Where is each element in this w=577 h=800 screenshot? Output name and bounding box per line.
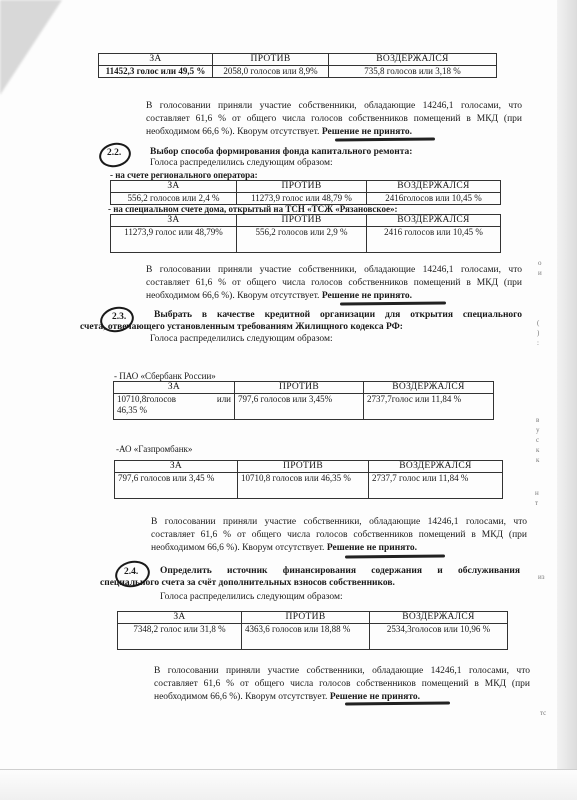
col-abstained: ВОЗДЕРЖАЛСЯ [369, 461, 503, 473]
vote-table-sberbank: ЗА ПРОТИВ ВОЗДЕРЖАЛСЯ 10710,8голосов или… [113, 381, 494, 420]
col-for: ЗА [111, 181, 237, 193]
margin-fragments: н т [535, 488, 539, 508]
value-against: 2058,0 голосов или 8,9% [213, 66, 329, 78]
col-for: ЗА [99, 54, 213, 66]
value-against: 4363,6 голосов или 18,88 % [242, 624, 370, 650]
col-for: ЗА [111, 215, 237, 227]
quorum-paragraph-2: В голосовании приняли участие собственни… [146, 264, 522, 303]
col-abstained: ВОЗДЕРЖАЛСЯ [364, 382, 494, 394]
quorum-paragraph-4: В голосовании приняли участие собственни… [154, 665, 530, 704]
decision-text: Решение не принято. [327, 543, 417, 553]
handwritten-underline [340, 301, 446, 305]
value-for: 7348,2 голос или 31,8 % [118, 624, 242, 650]
quorum-paragraph-1: В голосовании приняли участие собственни… [146, 100, 522, 139]
value-for: 556,2 голосов или 2,4 % [111, 193, 237, 205]
col-for: ЗА [114, 382, 235, 394]
decision-text: Решение не принято. [322, 291, 412, 301]
handwritten-underline [345, 701, 450, 705]
value-against: 556,2 голосов или 2,9 % [237, 227, 367, 253]
col-abstained: ВОЗДЕРЖАЛСЯ [329, 54, 497, 66]
col-abstained: ВОЗДЕРЖАЛСЯ [370, 612, 508, 624]
intro-text: Голоса распределились следующим образом: [150, 158, 333, 168]
scanned-document-page: ЗА ПРОТИВ ВОЗДЕРЖАЛСЯ 11452,3 голос или … [0, 0, 577, 800]
value-abstained: 2737,7 голос или 11,84 % [369, 473, 503, 499]
col-for: ЗА [118, 612, 242, 624]
option-label: - на счете регионального оператора: [110, 170, 258, 180]
item-number: 2.2. [107, 148, 121, 158]
decision-text: Решение не принято. [330, 692, 420, 702]
value-for: 11273,9 голос или 48,79% [111, 227, 237, 253]
decision-text: Решение не принято. [322, 127, 412, 137]
vote-table-special-account: ЗА ПРОТИВ ВОЗДЕРЖАЛСЯ 11273,9 голос или … [110, 214, 501, 253]
margin-fragments: тс [540, 708, 546, 718]
col-abstained: ВОЗДЕРЖАЛСЯ [367, 215, 501, 227]
handwritten-underline [345, 554, 445, 558]
vote-table-regional-operator: ЗА ПРОТИВ ВОЗДЕРЖАЛСЯ 556,2 голосов или … [110, 180, 501, 205]
scan-edge-right [557, 0, 577, 800]
col-abstained: ВОЗДЕРЖАЛСЯ [367, 181, 501, 193]
option-label: - на специальном счете дома, открытый на… [108, 204, 398, 214]
value-for: 797,6 голосов или 3,45 % [115, 473, 238, 499]
handwritten-underline [335, 137, 435, 141]
value-for: 10710,8голосов или 46,35 % [114, 394, 235, 420]
value-for: 11452,3 голос или 49,5 % [99, 66, 213, 78]
vote-table-gazprombank: ЗА ПРОТИВ ВОЗДЕРЖАЛСЯ 797,6 голосов или … [114, 460, 503, 499]
intro-text: Голоса распределились следующим образом: [150, 334, 333, 344]
col-for: ЗА [115, 461, 238, 473]
item-title: Выбор способа формирования фонда капитал… [150, 146, 412, 158]
margin-fragments: о и [538, 258, 542, 278]
value-against: 11273,9 голос или 48,79 % [237, 193, 367, 205]
scan-edge-bottom [0, 769, 577, 800]
option-label: -АО «Газпромбанк» [116, 444, 192, 454]
vote-table-item-2-4: ЗА ПРОТИВ ВОЗДЕРЖАЛСЯ 7348,2 голос или 3… [117, 611, 508, 650]
value-abstained: 2416голосов или 10,45 % [367, 193, 501, 205]
item-title: Определить источник финансирования содер… [100, 565, 520, 589]
item-title: Выбрать в качестве кредитной организации… [80, 309, 522, 333]
value-abstained: 2737,7голос или 11,84 % [364, 394, 494, 420]
value-abstained: 735,8 голосов или 3,18 % [329, 66, 497, 78]
margin-fragments: ( ) : [537, 318, 539, 348]
value-abstained: 2534,3голосов или 10,96 % [370, 624, 508, 650]
col-against: ПРОТИВ [237, 215, 367, 227]
quorum-paragraph-3: В голосовании приняли участие собственни… [151, 516, 527, 555]
margin-fragments: в у с к к [536, 415, 540, 465]
col-against: ПРОТИВ [238, 461, 369, 473]
folded-corner [0, 0, 62, 95]
value-against: 10710,8 голосов или 46,35 % [238, 473, 369, 499]
value-against: 797,6 голосов или 3,45% [235, 394, 364, 420]
col-against: ПРОТИВ [237, 181, 367, 193]
option-label: - ПАО «Сбербанк России» [114, 371, 216, 381]
col-against: ПРОТИВ [242, 612, 370, 624]
intro-text: Голоса распределились следующим образом: [160, 592, 343, 602]
col-against: ПРОТИВ [213, 54, 329, 66]
margin-fragments: из [538, 572, 545, 582]
value-abstained: 2416 голосов или 10,45 % [367, 227, 501, 253]
col-against: ПРОТИВ [235, 382, 364, 394]
vote-table-previous-item: ЗА ПРОТИВ ВОЗДЕРЖАЛСЯ 11452,3 голос или … [98, 53, 497, 78]
